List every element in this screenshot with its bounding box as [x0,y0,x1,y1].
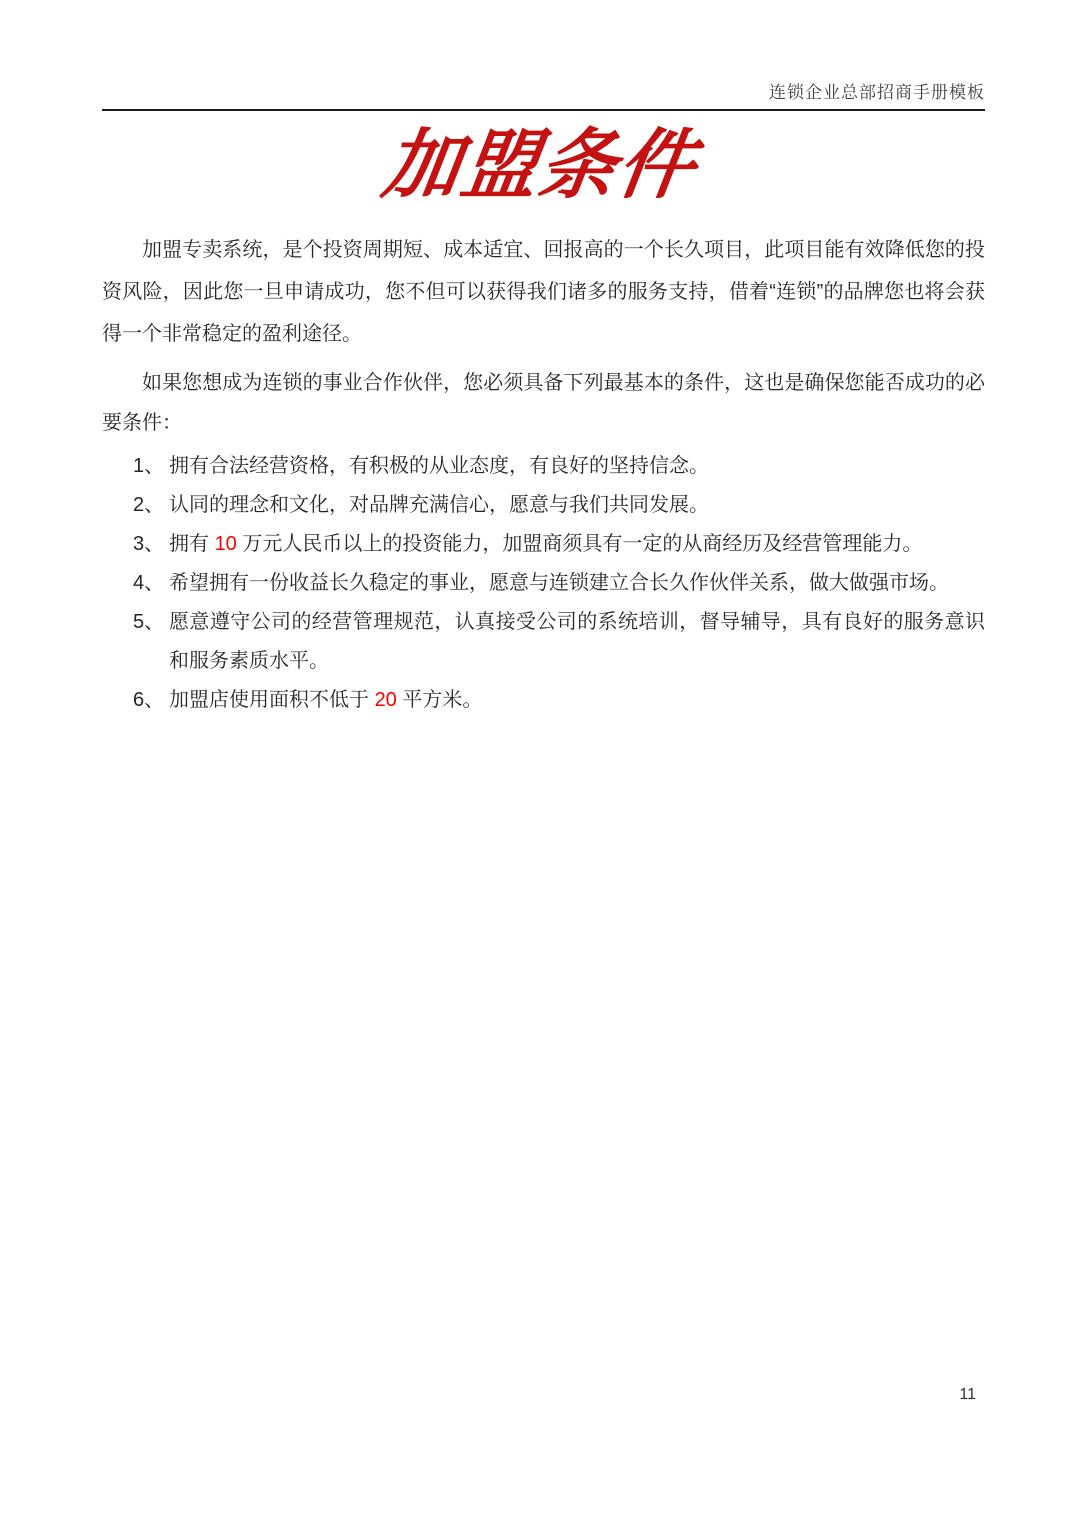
list-item-text: 加盟店使用面积不低于 20 平方米。 [169,681,985,720]
list-item: 2、 认同的理念和文化，对品牌充满信心，愿意与我们共同发展。 [102,486,985,525]
list-item-number: 3、 [133,525,169,564]
intro-paragraph: 加盟专卖系统，是个投资周期短、成本适宜、回报高的一个长久项目，此项目能有效降低您… [102,229,985,355]
list-item: 4、 希望拥有一份收益长久稳定的事业，愿意与连锁建立合长久作伙伴关系，做大做强市… [102,564,985,603]
list-item-text-suffix: 万元人民币以上的投资能力，加盟商须具有一定的从商经历及经营管理能力。 [237,533,923,555]
running-header-text: 连锁企业总部招商手册模板 [769,83,985,102]
list-item-text-prefix: 愿意遵守公司的经营管理规范，认真接受公司的系统培训，督导辅导，具有良好的服务意识… [169,611,985,672]
list-item-text: 希望拥有一份收益长久稳定的事业，愿意与连锁建立合长久作伙伴关系，做大做强市场。 [169,564,985,603]
list-item: 6、 加盟店使用面积不低于 20 平方米。 [102,681,985,720]
conditions-lead-paragraph: 如果您想成为连锁的事业合作伙伴，您必须具备下列最基本的条件，这也是确保您能否成功… [102,363,985,443]
list-item-text: 拥有合法经营资格，有积极的从业态度，有良好的坚持信念。 [169,447,985,486]
list-item-text-prefix: 认同的理念和文化，对品牌充满信心，愿意与我们共同发展。 [169,494,709,516]
list-item-text-suffix: 平方米。 [397,689,483,711]
list-item-text-prefix: 希望拥有一份收益长久稳定的事业，愿意与连锁建立合长久作伙伴关系，做大做强市场。 [169,572,949,594]
list-item: 1、 拥有合法经营资格，有积极的从业态度，有良好的坚持信念。 [102,447,985,486]
list-item-number: 1、 [133,447,169,486]
header-divider [102,109,985,111]
list-item-text: 拥有 10 万元人民币以上的投资能力，加盟商须具有一定的从商经历及经营管理能力。 [169,525,985,564]
list-item: 3、 拥有 10 万元人民币以上的投资能力，加盟商须具有一定的从商经历及经营管理… [102,525,985,564]
list-item-highlight: 20 [375,689,397,711]
list-item-text: 认同的理念和文化，对品牌充满信心，愿意与我们共同发展。 [169,486,985,525]
list-item-text-prefix: 加盟店使用面积不低于 [169,689,375,711]
list-item: 5、 愿意遵守公司的经营管理规范，认真接受公司的系统培训，督导辅导，具有良好的服… [102,603,985,681]
document-page: { "header": { "doc_title": "连锁企业总部招商手册模板… [0,0,1080,1527]
list-item-number: 4、 [133,564,169,603]
page-title-container: 加盟条件 [0,122,1080,210]
list-item-number: 6、 [133,681,169,720]
list-item-text-prefix: 拥有合法经营资格，有积极的从业态度，有良好的坚持信念。 [169,455,709,477]
list-item-number: 5、 [133,603,169,681]
page-number: 11 [959,1386,976,1404]
conditions-list: 1、 拥有合法经营资格，有积极的从业态度，有良好的坚持信念。 2、 认同的理念和… [102,447,985,720]
document-body: 加盟专卖系统，是个投资周期短、成本适宜、回报高的一个长久项目，此项目能有效降低您… [102,229,985,720]
list-item-highlight: 10 [215,533,237,555]
list-item-number: 2、 [133,486,169,525]
running-header: 连锁企业总部招商手册模板 [102,78,985,103]
list-item-text: 愿意遵守公司的经营管理规范，认真接受公司的系统培训，督导辅导，具有良好的服务意识… [169,603,985,681]
list-item-text-prefix: 拥有 [169,533,215,555]
page-title: 加盟条件 [378,122,702,210]
